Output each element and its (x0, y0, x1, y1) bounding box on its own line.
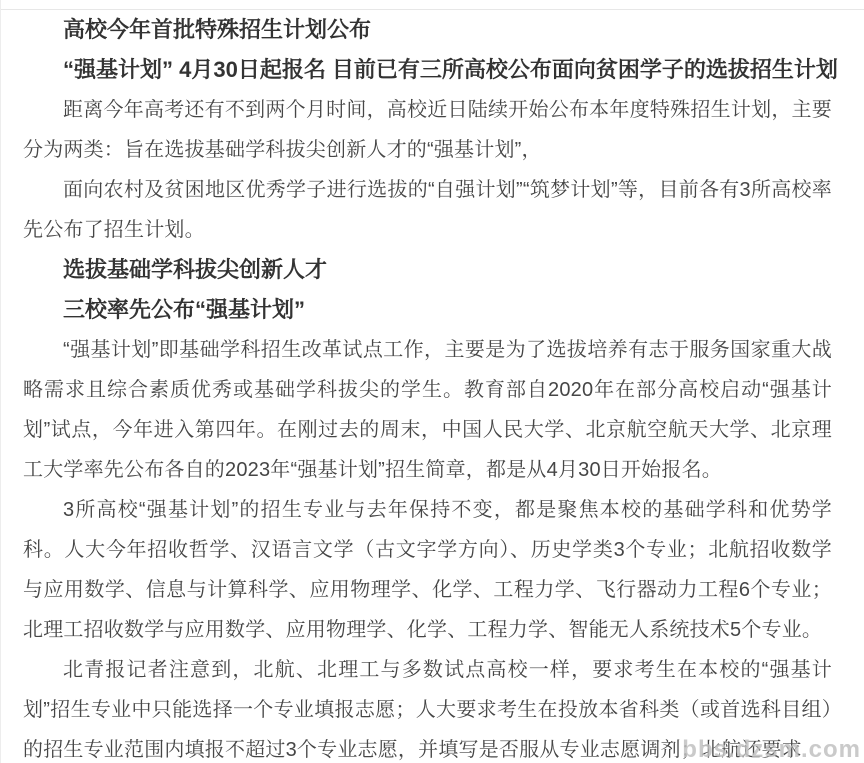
article-paragraph: 3所高校“强基计划”的招生专业与去年保持不变，都是聚焦本校的基础学科和优势学科。… (23, 490, 832, 650)
article-paragraph: “强基计划”即基础学科招生改革试点工作，主要是为了选拔培养有志于服务国家重大战略… (23, 330, 832, 490)
article-body: 高校今年首批特殊招生计划公布 “强基计划” 4月30日起报名 目前已有三所高校公… (23, 10, 832, 763)
article-paragraph: 面向农村及贫困地区优秀学子进行选拔的“自强计划”“筑梦计划”等，目前各有3所高校… (23, 170, 832, 250)
article-paragraph: 距离今年高考还有不到两个月时间，高校近日陆续开始公布本年度特殊招生计划，主要分为… (23, 90, 832, 170)
section-heading-2: 三校率先公布“强基计划” (23, 290, 832, 330)
article-subtitle: “强基计划” 4月30日起报名 目前已有三所高校公布面向贫困学子的选拔招生计划 (23, 50, 832, 90)
article-title: 高校今年首批特殊招生计划公布 (23, 10, 832, 50)
article-page: 高校今年首批特殊招生计划公布 “强基计划” 4月30日起报名 目前已有三所高校公… (0, 0, 864, 763)
article-paragraph: 北青报记者注意到，北航、北理工与多数试点高校一样，要求考生在本校的“强基计划”招… (23, 650, 832, 763)
section-heading-1: 选拔基础学科拔尖创新人才 (23, 250, 832, 290)
